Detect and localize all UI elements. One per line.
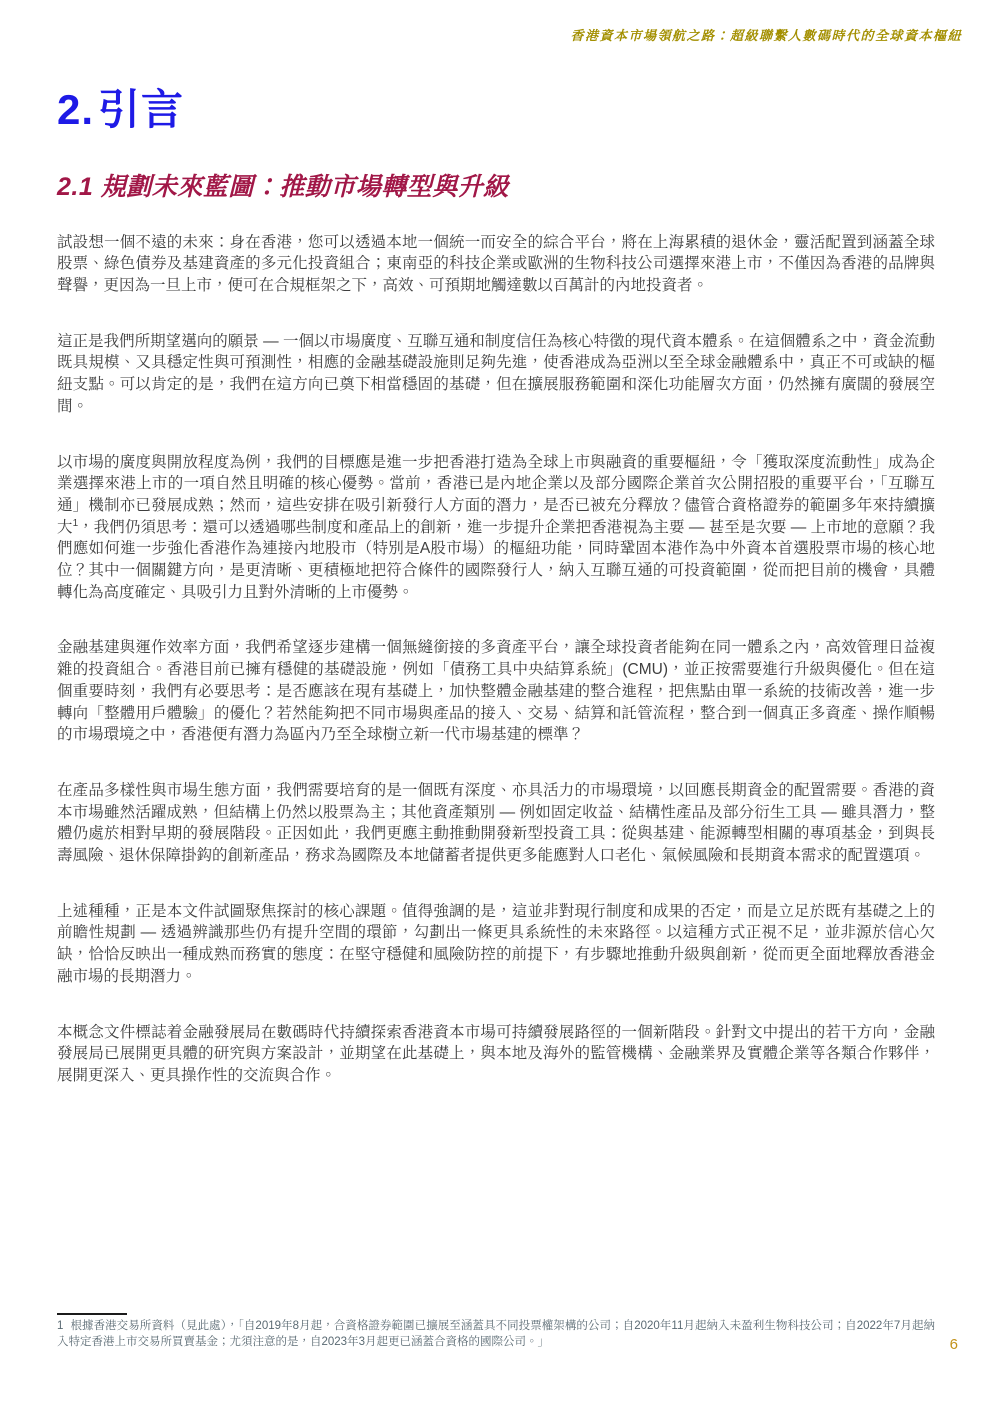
document-page: 香港資本市場領航之路：超級聯繫人數碼時代的全球資本樞紐 2.引言 2.1 規劃未…	[0, 0, 992, 1403]
body-text: 試設想一個不遠的未來：身在香港，您可以透過本地一個統一而安全的綜合平台，將在上海…	[57, 232, 935, 1087]
page-title-text: 引言	[98, 86, 184, 133]
footnote-1: 1根據香港交易所資料（見此處），「自2019年8月起，合資格證券範圍已擴展至涵蓋…	[57, 1319, 935, 1350]
footnote-hyperlink[interactable]: 見此處	[186, 1320, 221, 1332]
footnote-block: 1根據香港交易所資料（見此處），「自2019年8月起，合資格證券範圍已擴展至涵蓋…	[57, 1313, 935, 1350]
page-number: 6	[950, 1336, 958, 1353]
footnote-divider	[57, 1313, 127, 1315]
paragraph-7: 本概念文件標誌着金融發展局在數碼時代持續探索香港資本市場可持續發展路徑的一個新階…	[57, 1022, 935, 1087]
paragraph-6: 上述種種，正是本文件試圖聚焦探討的核心課題。值得強調的是，這並非對現行制度和成果…	[57, 901, 935, 988]
page-title: 2.引言	[57, 0, 935, 132]
page-title-number: 2.	[57, 86, 94, 133]
footnote-marker: 1	[57, 1320, 63, 1332]
footnote-text-pre: 根據香港交易所資料（	[70, 1320, 186, 1332]
paragraph-5: 在產品多樣性與市場生態方面，我們需要培育的是一個既有深度、亦具活力的市場環境，以…	[57, 780, 935, 867]
paragraph-4: 金融基建與運作效率方面，我們希望逐步建構一個無縫銜接的多資產平台，讓全球投資者能…	[57, 637, 935, 746]
paragraph-3: 以市場的廣度與開放程度為例，我們的目標應是進一步把香港打造為全球上市與融資的重要…	[57, 452, 935, 604]
paragraph-3-text-continued: ，我們仍須思考：還可以透過哪些制度和產品上的創新，進一步提升企業把香港視為主要 …	[57, 519, 935, 601]
page-content: 2.引言 2.1 規劃未來藍圖：推動市場轉型與升級 試設想一個不遠的未來：身在香…	[57, 0, 935, 1087]
paragraph-2: 這正是我們所期望邁向的願景 — 一個以市場廣度、互聯互通和制度信任為核心特徵的現…	[57, 331, 935, 418]
paragraph-1: 試設想一個不遠的未來：身在香港，您可以透過本地一個統一而安全的綜合平台，將在上海…	[57, 232, 935, 297]
section-heading: 2.1 規劃未來藍圖：推動市場轉型與升級	[57, 174, 935, 202]
